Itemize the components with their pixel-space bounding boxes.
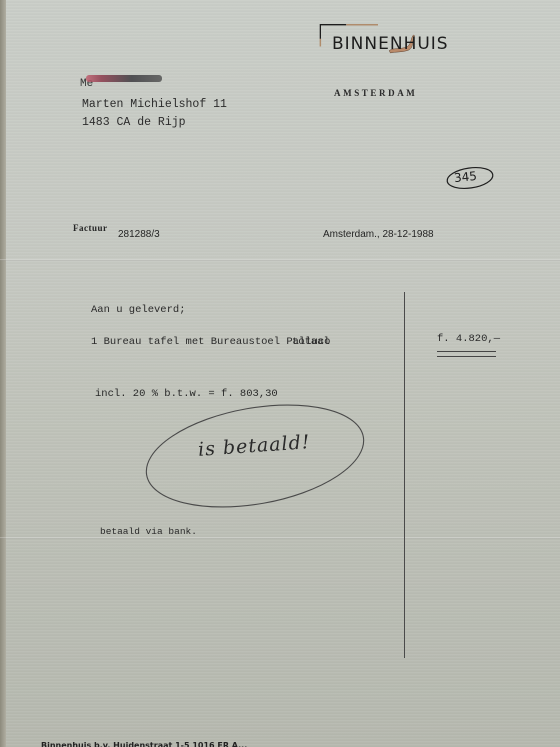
recipient-postal-city: 1483 CA de Rijp: [82, 116, 186, 129]
recipient-name-redacted: Me: [80, 73, 160, 83]
invoice-number: 281288/3: [118, 229, 160, 240]
handwritten-number-annotation: 345: [445, 165, 495, 191]
recipient-street: Marten Michielshof 11: [82, 98, 227, 111]
brand-city: AMSTERDAM: [334, 88, 417, 98]
payment-note: betaald via bank.: [100, 526, 197, 537]
total-double-underline: [437, 351, 496, 357]
page-edge: [0, 0, 6, 747]
paid-annotation: is betaald!: [143, 402, 367, 510]
delivery-intro: Aan u geleverd;: [91, 304, 186, 316]
total-amount: f. 4.820,—: [437, 333, 500, 345]
vat-line: incl. 20 % b.t.w. = f. 803,30: [95, 388, 278, 400]
redaction-bar: [86, 75, 162, 82]
invoice-place-date: Amsterdam., 28-12-1988: [323, 229, 434, 240]
invoice-label: Factuur: [73, 223, 108, 233]
brand-name: BINNENHUIS: [332, 34, 449, 54]
company-logo: BINNENHUIS: [318, 22, 488, 82]
paper-texture: [0, 0, 560, 747]
company-footer: Binnenhuis b.v. Huidenstraat 1-5 1016 ER…: [41, 741, 247, 747]
paper-fold: [0, 259, 560, 261]
total-label: totaal: [292, 336, 330, 348]
annotation-number: 345: [453, 169, 477, 185]
column-divider: [404, 292, 405, 658]
paper-fold: [0, 537, 560, 539]
